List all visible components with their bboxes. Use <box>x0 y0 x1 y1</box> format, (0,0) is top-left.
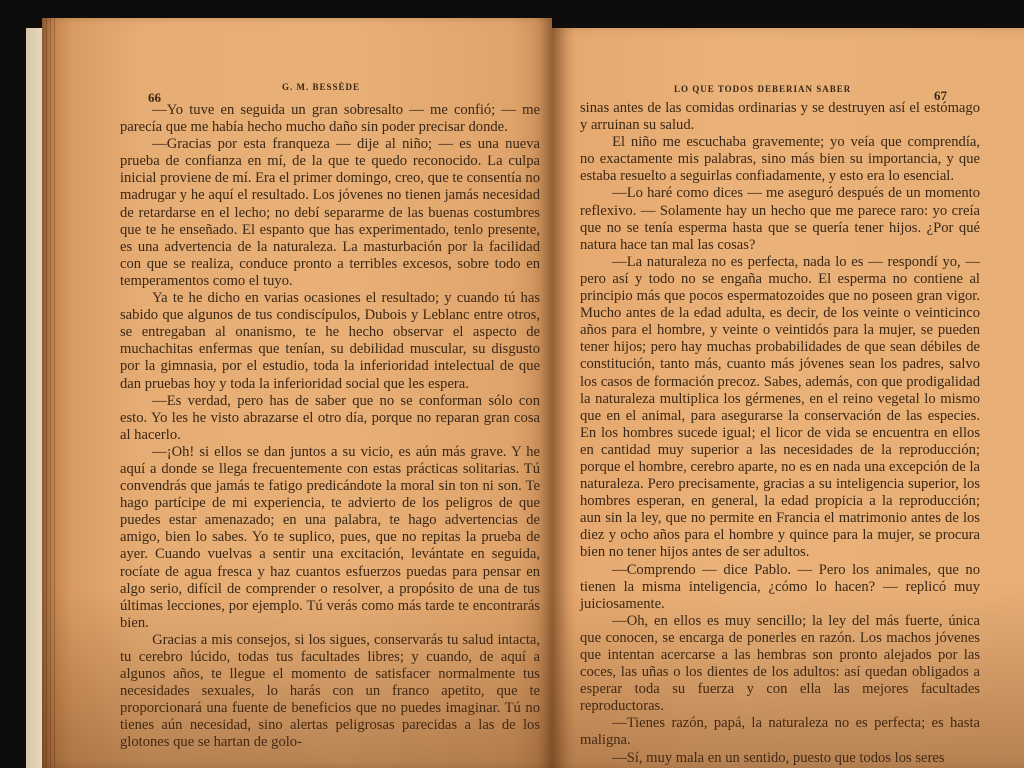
paragraph: El niño me escuchaba gravemente; yo veía… <box>580 134 980 185</box>
paragraph: —Es verdad, pero has de saber que no se … <box>120 393 540 444</box>
paragraph: —Gracias por esta franqueza — dije al ni… <box>120 136 540 290</box>
running-head: LO QUE TODOS DEBERIAN SABER <box>674 84 851 94</box>
page-body: —Yo tuve en seguida un gran sobresalto —… <box>120 102 540 752</box>
paragraph: —Oh, en ellos es muy sencillo; la ley de… <box>580 613 980 716</box>
paragraph: Gracias a mis consejos, si los sigues, c… <box>120 632 540 752</box>
paragraph: —La naturaleza no es perfecta, nada lo e… <box>580 254 980 562</box>
right-page: LO QUE TODOS DEBERIAN SABER 67 sinas ant… <box>552 28 1024 768</box>
paragraph: —Yo tuve en seguida un gran sobresalto —… <box>120 102 540 136</box>
left-page: 66 G. M. BESSÈDE —Yo tuve en seguida un … <box>42 18 552 768</box>
continuation-paragraph: sinas antes de las comidas ordinarias y … <box>580 100 980 134</box>
running-head: G. M. BESSÈDE <box>282 82 360 92</box>
paragraph: —Lo haré como dices — me aseguró después… <box>580 185 980 253</box>
page-body: sinas antes de las comidas ordinarias y … <box>580 100 980 767</box>
paragraph: —Tienes razón, papá, la naturaleza no es… <box>580 715 980 749</box>
paragraph: Ya te he dicho en varias ocasiones el re… <box>120 290 540 393</box>
paragraph: —Sí, muy mala en un sentido, puesto que … <box>580 750 980 767</box>
paragraph: —¡Oh! si ellos se dan juntos a su vicio,… <box>120 444 540 632</box>
paragraph: —Comprendo — dice Pablo. — Pero los anim… <box>580 562 980 613</box>
